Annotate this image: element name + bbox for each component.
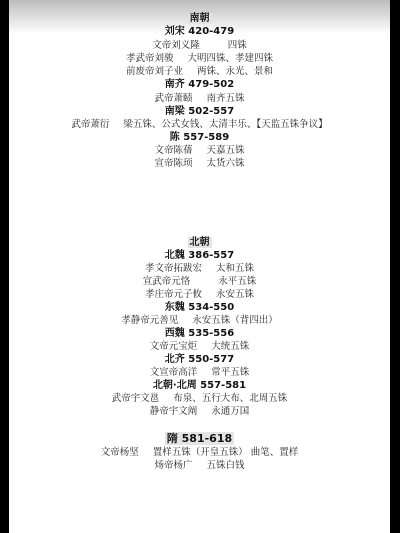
document-page: 南朝 刘宋 420-479 文帝刘义隆四铢 孝武帝刘骏大明四铢、孝建四铢 前废帝… [9,0,390,533]
list-item: 前废帝刘子业两铢、永光、景和 [9,65,390,79]
list-item: 文帝杨坚置样五铢（开皇五铢） 曲笔、置样 [9,446,390,460]
dynasty-heading: 北朝·北周 557-581 [9,379,390,393]
north-title: 北朝 [9,236,390,250]
list-item: 静帝宇文阐永通万国 [9,405,390,419]
dynasty-heading: 北齐 550-577 [9,353,390,367]
dynasty-heading: 东魏 534-550 [9,301,390,315]
dynasty-heading: 刘宋 420-479 [9,25,390,39]
list-item: 武帝萧衍梁五铢、公式女钱、太清丰乐、【天监五铢争议】 [9,118,390,132]
dynasty-heading: 南齐 479-502 [9,78,390,92]
list-item: 宣帝陈顼太货六铢 [9,157,390,171]
south-title: 南朝 [9,12,390,26]
list-item: 武帝宇文邕布泉、五行大布、北周五铢 [9,392,390,406]
list-item: 武帝萧赜南齐五铢 [9,92,390,106]
list-item: 孝静帝元善见永安五铢（背四出） [9,314,390,328]
dynasty-heading: 西魏 535-556 [9,327,390,341]
list-item: 文帝元宝炬大统五铢 [9,340,390,354]
list-item: 孝武帝刘骏大明四铢、孝建四铢 [9,52,390,66]
list-item: 炀帝杨广五铢白钱 [9,459,390,473]
list-item: 文帝陈蒨天嘉五铢 [9,144,390,158]
sui-heading: 隋 581-618 [9,432,390,446]
list-item: 孝庄帝元子攸永安五铢 [9,288,390,302]
list-item: 文帝刘义隆四铢 [9,39,390,53]
dynasty-heading: 陈 557-589 [9,131,390,145]
dynasty-heading: 南梁 502-557 [9,105,390,119]
list-item: 文宣帝高洋常平五铢 [9,366,390,380]
list-item: 孝文帝拓跋宏太和五铢 [9,262,390,276]
dynasty-heading: 北魏 386-557 [9,249,390,263]
list-item: 宣武帝元恪永平五铢 [9,275,390,289]
